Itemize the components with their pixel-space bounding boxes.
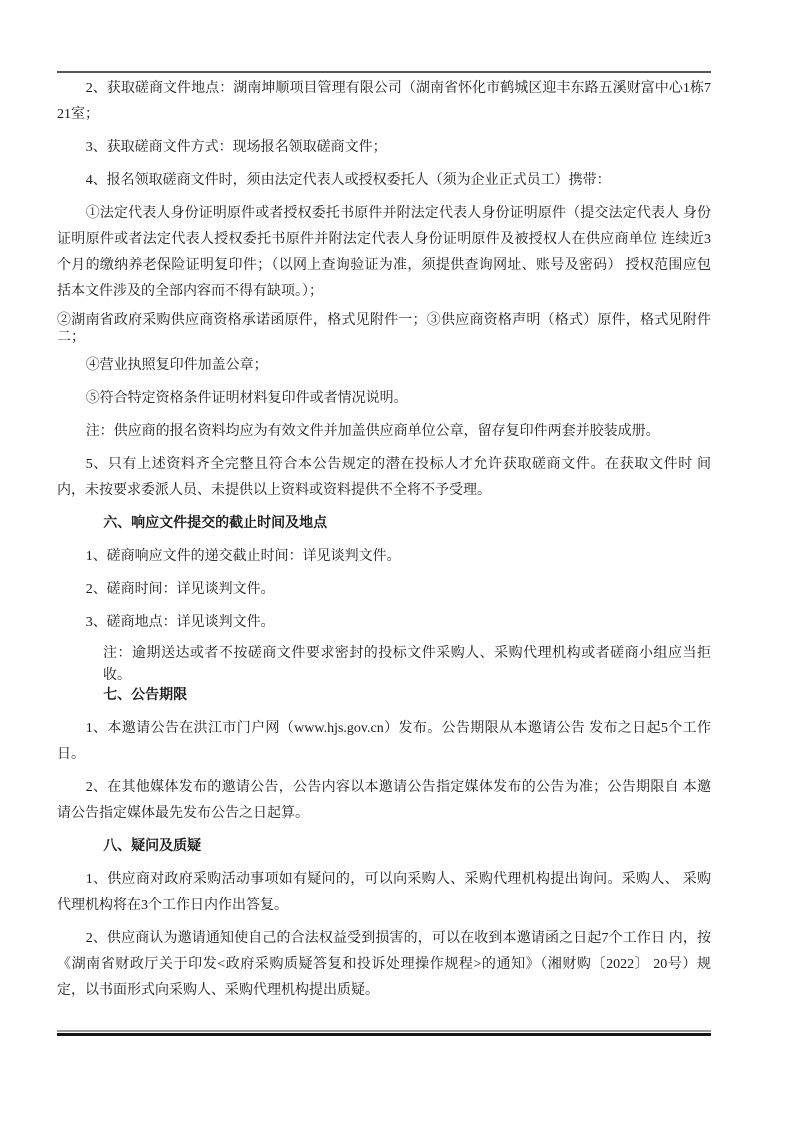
paragraph-announcement-site: 1、本邀请公告在洪江市门户网（www.hjs.gov.cn）发布。公告期限从本邀… (57, 716, 711, 768)
paragraph-file-method: 3、获取磋商文件方式：现场报名领取磋商文件； (57, 135, 711, 161)
paragraph-item-4-license: ④营业执照复印件加盖公章； (57, 353, 711, 379)
heading-section-7-announcement-period: 七、公告期限 (57, 683, 711, 709)
paragraph-item-5-qualification: ⑤符合特定资格条件证明材料复印件或者情况说明。 (57, 386, 711, 412)
paragraph-inquiry: 1、供应商对政府采购活动事项如有疑问的，可以向采购人、采购代理机构提出询问。采购… (57, 867, 711, 919)
footer-rule (57, 1030, 711, 1036)
paragraph-5-complete-docs: 5、只有上述资料齐全完整且符合本公告规定的潜在投标人才允许获取磋商文件。在获取文… (57, 452, 711, 504)
document-page: 2、获取磋商文件地点：湖南坤顺项目管理有限公司（湖南省怀化市鹤城区迎丰东路五溪财… (0, 0, 793, 1122)
header-rule (57, 71, 711, 73)
footer-rule-thin-line (57, 1030, 711, 1032)
document-body: 2、获取磋商文件地点：湖南坤顺项目管理有限公司（湖南省怀化市鹤城区迎丰东路五溪财… (57, 76, 711, 1011)
paragraph-negotiation-time: 2、磋商时间：详见谈判文件。 (57, 577, 711, 603)
paragraph-challenge: 2、供应商认为邀请通知使自己的合法权益受到损害的，可以在收到本邀请函之日起7个工… (57, 926, 711, 1004)
paragraph-note-overdue: 注：逾期送达或者不按磋商文件要求密封的投标文件采购人、采购代理机构或者磋商小组应… (57, 643, 711, 687)
footer-rule-thick-line (57, 1033, 711, 1036)
paragraph-other-media: 2、在其他媒体发布的邀请公告，公告内容以本邀请公告指定媒体发布的公告为准；公告期… (57, 775, 711, 827)
paragraph-file-location: 2、获取磋商文件地点：湖南坤顺项目管理有限公司（湖南省怀化市鹤城区迎丰东路五溪财… (57, 76, 711, 128)
paragraph-item-1-identity: ①法定代表人身份证明原件或者授权委托书原件并附法定代表人身份证明原件（提交法定代… (57, 201, 711, 305)
paragraph-item-2-3-commitment: ②湖南省政府采购供应商资格承诺函原件，格式见附件一；③供应商资格声明（格式）原件… (57, 312, 711, 346)
paragraph-registration-carry: 4、报名领取磋商文件时，须由法定代表人或授权委托人（须为企业正式员工）携带： (57, 168, 711, 194)
paragraph-negotiation-place: 3、磋商地点：详见谈判文件。 (57, 610, 711, 636)
paragraph-submission-deadline: 1、磋商响应文件的递交截止时间：详见谈判文件。 (57, 544, 711, 570)
paragraph-note-registration-materials: 注：供应商的报名资料均应为有效文件并加盖供应商单位公章，留存复印件两套并胶装成册… (57, 419, 711, 445)
heading-section-8-questions: 八、疑问及质疑 (57, 834, 711, 860)
heading-section-6-deadline: 六、响应文件提交的截止时间及地点 (57, 511, 711, 537)
